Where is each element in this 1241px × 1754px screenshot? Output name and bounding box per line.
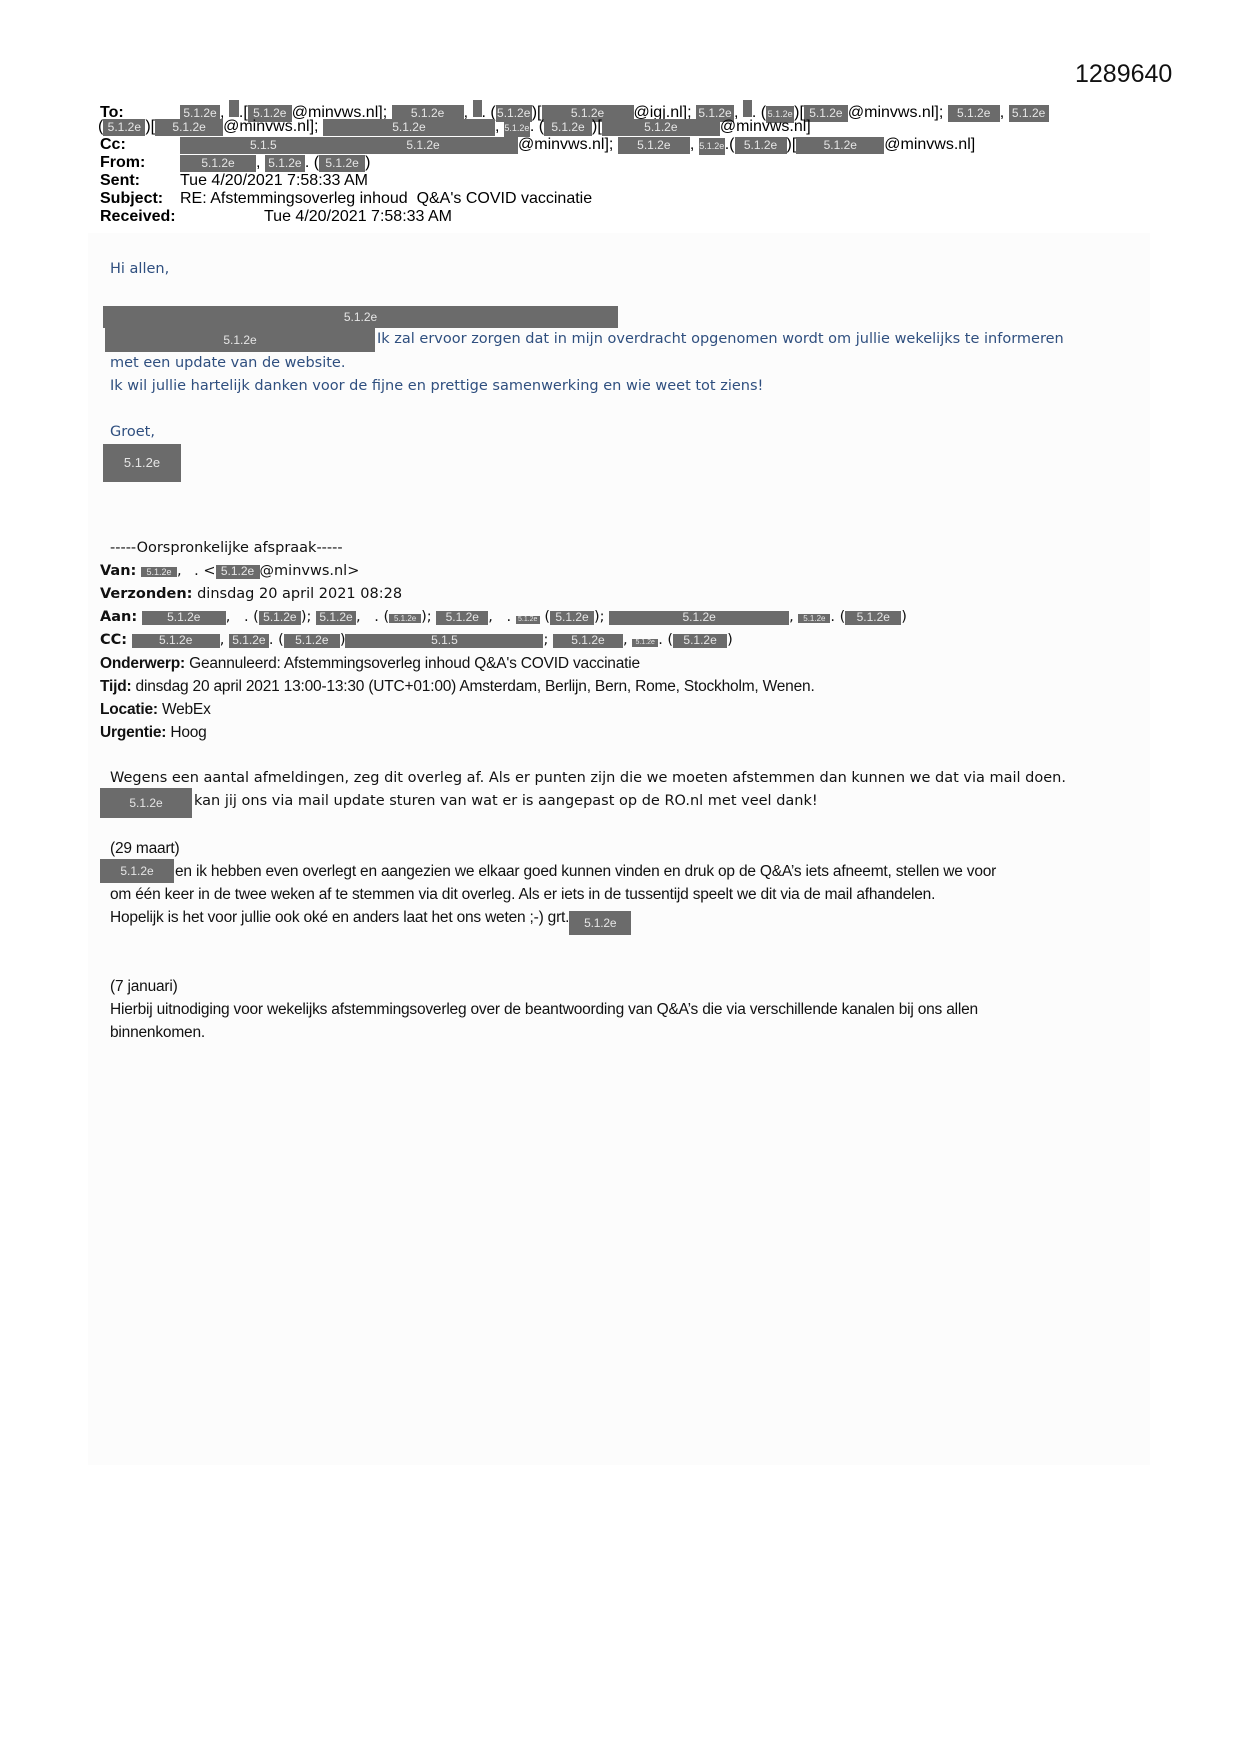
redaction: 5.1.2e <box>618 137 690 154</box>
redaction: 5.1.2e <box>155 119 223 136</box>
cc-label: Cc: <box>100 136 180 154</box>
redaction: 5.1.2e <box>265 155 305 172</box>
redaction: 5.1.2e <box>798 614 830 623</box>
redaction: 5.1.2e <box>553 634 623 648</box>
redaction: 5.1.2e <box>436 611 488 625</box>
redaction: 5.1.5 <box>345 634 543 648</box>
received-value: Tue 4/20/2021 7:58:33 AM <box>264 208 452 225</box>
locatie-value: WebEx <box>162 701 211 718</box>
redaction: 5.1.2e <box>504 120 530 137</box>
march-date: (29 maart) <box>110 840 180 858</box>
aan-label: Aan: <box>100 609 137 625</box>
email-domain: @minvws.nl] <box>884 136 975 153</box>
urgentie-value: Hoog <box>170 724 206 741</box>
greeting: Hi allen, <box>110 261 169 277</box>
tijd-value: dinsdag 20 april 2021 13:00-13:30 (UTC+0… <box>136 678 815 695</box>
redaction <box>229 100 239 117</box>
email-domain: @minvws.nl]; <box>223 118 318 135</box>
redaction <box>743 100 752 117</box>
redaction: 5.1.2e <box>259 611 301 625</box>
to-line: To:5.1.2e, .[5.1.2e@minvws.nl]; 5.1.2e, … <box>100 100 1180 118</box>
verzonden-line: Verzonden: dinsdag 20 april 2021 08:28 <box>100 586 402 602</box>
cc-original-line: CC: 5.1.2e, 5.1.2e. (5.1.2e)5.1.5; 5.1.2… <box>100 632 733 648</box>
redaction: 5.1.2e <box>284 634 340 648</box>
redaction: 5.1.2e <box>1009 105 1049 122</box>
document-number: 1289640 <box>1075 60 1172 89</box>
email-domain: @minvws.nl] <box>720 118 811 135</box>
redaction-block: 5.1.2e <box>100 788 192 818</box>
van-label: Van: <box>100 563 136 579</box>
subject-value: RE: Afstemmingsoverleg inhoud Q&A's COVI… <box>180 190 592 207</box>
january-date: (7 januari) <box>110 978 178 996</box>
redaction: 5.1.2e <box>316 611 356 625</box>
redaction: 5.1.2e <box>632 639 658 647</box>
redaction-block: 5.1.2e <box>103 306 618 328</box>
aan-line: Aan: 5.1.2e, . (5.1.2e); 5.1.2e, . (5.1.… <box>100 609 907 625</box>
email-domain: @minvws.nl]; <box>848 104 943 121</box>
redaction: 5.1.2e <box>132 634 220 648</box>
january-line-2: binnenkomen. <box>110 1024 205 1042</box>
sent-label: Sent: <box>100 172 180 190</box>
reply-line-3: Ik wil jullie hartelijk danken voor de f… <box>110 378 763 394</box>
email-header: To:5.1.2e, .[5.1.2e@minvws.nl]; 5.1.2e, … <box>100 100 1180 226</box>
body-p1-line1: Wegens een aantal afmeldingen, zeg dit o… <box>110 770 1066 786</box>
signature-redaction: 5.1.2e <box>103 444 181 482</box>
subject-line: Subject:RE: Afstemmingsoverleg inhoud Q&… <box>100 190 1180 208</box>
redaction: 5.1.2e <box>609 611 789 625</box>
van-line: Van: 5.1.2e, . <5.1.2e@minvws.nl> <box>100 563 359 579</box>
redaction: 5.1.2e <box>948 105 1000 122</box>
locatie-label: Locatie: <box>100 701 158 718</box>
onderwerp-line: Onderwerp: Geannuleerd: Afstemmingsoverl… <box>100 655 640 673</box>
reply-line-2: met een update van de website. <box>110 355 345 371</box>
march-line-3-text: Hopelijk is het voor jullie ook oké en a… <box>110 909 569 926</box>
body-p1-line2: kan jij ons via mail update sturen van w… <box>194 793 818 809</box>
cc-original-label: CC: <box>100 632 127 648</box>
redaction: 5.1.2e <box>103 119 145 136</box>
sent-value: Tue 4/20/2021 7:58:33 AM <box>180 172 368 189</box>
redaction: 5.1.2e <box>229 634 269 648</box>
redaction: 5.1.2e <box>735 137 787 154</box>
january-line-1: Hierbij uitnodiging voor wekelijks afste… <box>110 1001 978 1019</box>
van-domain: @minvws.nl> <box>260 563 360 579</box>
redaction: 5.1.2e <box>550 611 594 625</box>
redaction: 5.1.2e <box>602 119 720 136</box>
email-domain: @minvws.nl]; <box>518 136 613 153</box>
onderwerp-label: Onderwerp: <box>100 655 185 672</box>
tijd-label: Tijd: <box>100 678 131 695</box>
redaction <box>473 100 482 117</box>
redaction: 5.1.2e <box>328 137 518 154</box>
redaction: 5.1.2e <box>141 567 177 577</box>
verzonden-label: Verzonden: <box>100 586 192 602</box>
march-line-1: en ik hebben even overlegt en aangezien … <box>175 863 996 881</box>
redaction: 5.1.5 <box>180 137 328 154</box>
email-body-panel <box>88 233 1150 1465</box>
locatie-line: Locatie: WebEx <box>100 701 211 719</box>
redaction-block: 5.1.2e <box>100 859 174 883</box>
redaction: 5.1.2e <box>673 634 727 648</box>
from-label: From: <box>100 154 180 172</box>
cc-line: Cc:5.1.55.1.2e@minvws.nl]; 5.1.2e, 5.1.2… <box>100 136 1180 154</box>
redaction: 5.1.2e <box>319 155 365 172</box>
redaction: 5.1.2e <box>544 119 592 136</box>
received-line: Received:Tue 4/20/2021 7:58:33 AM <box>100 208 1180 226</box>
received-label: Received: <box>100 208 264 226</box>
redaction-block: 5.1.2e <box>105 328 375 352</box>
redaction: 5.1.2e <box>796 137 884 154</box>
march-line-2: om één keer in de twee weken af te stemm… <box>110 886 935 904</box>
redaction: 5.1.2e <box>845 611 901 625</box>
verzonden-value: dinsdag 20 april 2021 08:28 <box>197 586 402 602</box>
march-line-3: Hopelijk is het voor jullie ook oké en a… <box>110 909 631 935</box>
redaction: 5.1.2e <box>516 616 540 624</box>
reply-line-1: Ik zal ervoor zorgen dat in mijn overdra… <box>377 331 1064 347</box>
redaction: 5.1.2e <box>180 155 256 172</box>
redaction: 5.1.2e <box>323 119 495 136</box>
sent-line: Sent:Tue 4/20/2021 7:58:33 AM <box>100 172 1180 190</box>
redaction: 5.1.2e <box>142 611 226 625</box>
subject-label: Subject: <box>100 190 180 208</box>
urgentie-label: Urgentie: <box>100 724 166 741</box>
closing: Groet, <box>110 424 155 440</box>
redaction: 5.1.2e <box>389 614 421 623</box>
redaction: 5.1.2e <box>569 911 631 935</box>
tijd-line: Tijd: dinsdag 20 april 2021 13:00-13:30 … <box>100 678 815 696</box>
onderwerp-value: Geannuleerd: Afstemmingsoverleg inhoud Q… <box>189 655 640 672</box>
redaction: 5.1.2e <box>216 565 260 579</box>
original-separator: -----Oorspronkelijke afspraak----- <box>110 540 343 556</box>
from-line: From:5.1.2e, 5.1.2e. (5.1.2e) <box>100 154 1180 172</box>
redaction: 5.1.2e <box>699 138 725 155</box>
urgentie-line: Urgentie: Hoog <box>100 724 207 742</box>
